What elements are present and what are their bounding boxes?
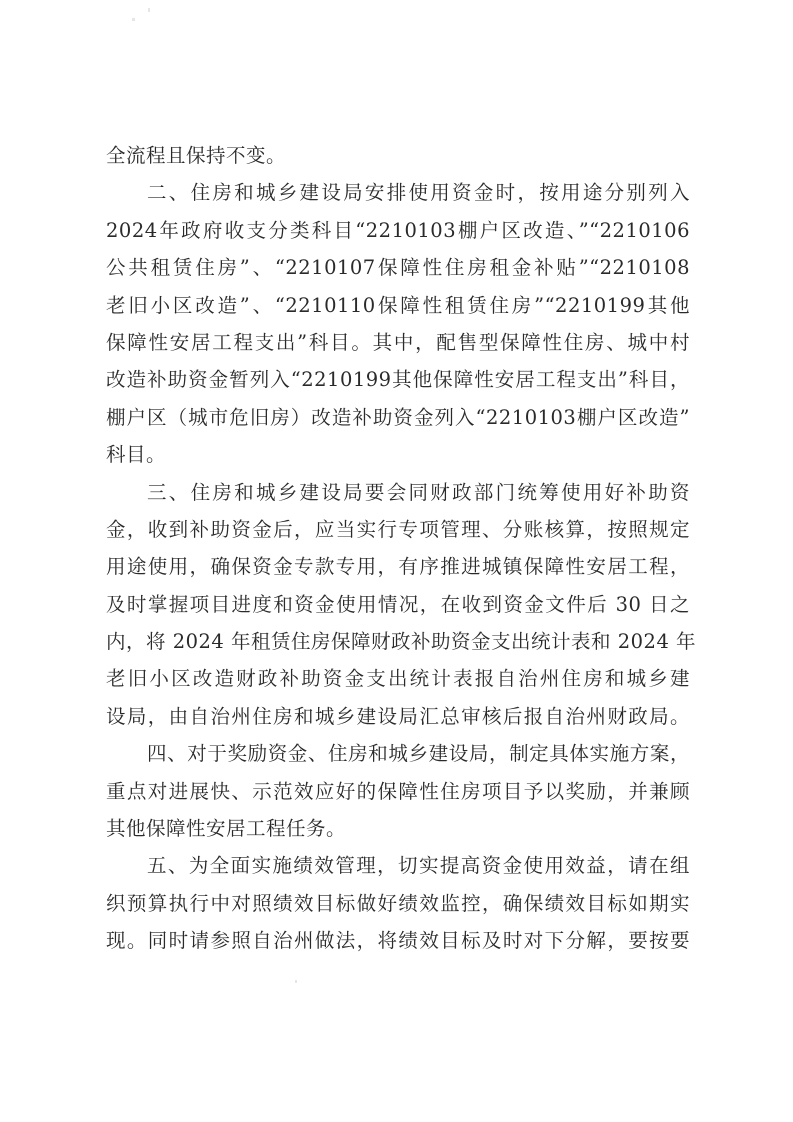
text-line: 四、对于奖励资金、住房和城乡建设局，制定具体实施方案， — [106, 735, 690, 772]
text-line: 金，收到补助资金后，应当实行专项管理、分账核算，按照规定 — [106, 511, 690, 548]
text-line: 其他保障性安居工程任务。 — [106, 810, 690, 847]
text-line: 老旧小区改造财政补助资金支出统计表报自治州住房和城乡建 — [106, 660, 690, 697]
text-line: 科目。 — [106, 436, 690, 473]
text-line: 内，将 2024 年租赁住房保障财政补助资金支出统计表和 2024 年 — [106, 623, 690, 660]
text-line: 棚户区（城市危旧房）改造补助资金列入“2210103棚户区改造” — [106, 399, 690, 436]
text-line: 设局，由自治州住房和城乡建设局汇总审核后报自治州财政局。 — [106, 698, 690, 735]
text-line: 用途使用，确保资金专款专用，有序推进城镇保障性安居工程， — [106, 548, 690, 585]
paragraph-section-2: 二、住房和城乡建设局安排使用资金时，按用途分别列入 2024年政府收支分类科目“… — [106, 174, 690, 473]
text-line: 及时掌握项目进度和资金使用情况，在收到资金文件后 30 日之 — [106, 586, 690, 623]
text-line: 保障性安居工程支出”科目。其中，配售型保障性住房、城中村 — [106, 324, 690, 361]
paragraph-section-3: 三、住房和城乡建设局要会同财政部门统筹使用好补助资 金，收到补助资金后，应当实行… — [106, 474, 690, 736]
scan-speck — [132, 18, 135, 21]
paragraph-section-4: 四、对于奖励资金、住房和城乡建设局，制定具体实施方案， 重点对进展快、示范效应好… — [106, 735, 690, 847]
text-line: 二、住房和城乡建设局安排使用资金时，按用途分别列入 — [106, 174, 690, 211]
text-line: 全流程且保持不变。 — [106, 137, 690, 174]
text-line: 五、为全面实施绩效管理，切实提高资金使用效益，请在组 — [106, 847, 690, 884]
text-line: 改造补助资金暂列入“2210199其他保障性安居工程支出”科目， — [106, 361, 690, 398]
paragraph-continuation: 全流程且保持不变。 — [106, 137, 690, 174]
document-body: 全流程且保持不变。 二、住房和城乡建设局安排使用资金时，按用途分别列入 2024… — [106, 137, 690, 960]
text-line: 现。同时请参照自治州做法，将绩效目标及时对下分解，要按要 — [106, 922, 690, 959]
text-line: 公共租赁住房”、“2210107保障性住房租金补贴”“2210108 — [106, 249, 690, 286]
paragraph-section-5: 五、为全面实施绩效管理，切实提高资金使用效益，请在组 织预算执行中对照绩效目标做… — [106, 847, 690, 959]
text-line: 重点对进展快、示范效应好的保障性住房项目予以奖励，并兼顾 — [106, 773, 690, 810]
document-page: 全流程且保持不变。 二、住房和城乡建设局安排使用资金时，按用途分别列入 2024… — [0, 0, 793, 1122]
scan-speck — [295, 980, 297, 983]
scan-speck — [148, 8, 150, 12]
text-line: 三、住房和城乡建设局要会同财政部门统筹使用好补助资 — [106, 474, 690, 511]
text-line: 2024年政府收支分类科目“2210103棚户区改造、”“2210106 — [106, 212, 690, 249]
text-line: 老旧小区改造”、“2210110保障性租赁住房”“2210199其他 — [106, 287, 690, 324]
text-line: 织预算执行中对照绩效目标做好绩效监控，确保绩效目标如期实 — [106, 885, 690, 922]
